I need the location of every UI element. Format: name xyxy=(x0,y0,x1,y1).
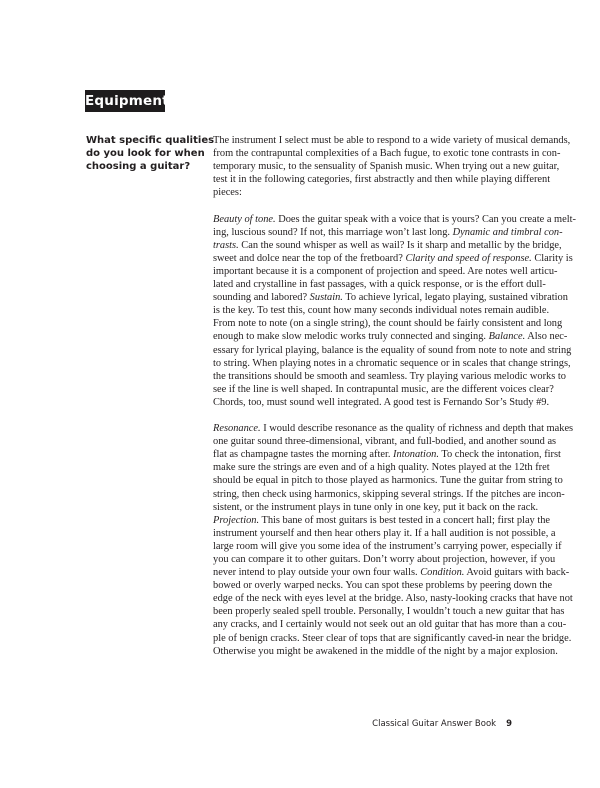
text-run: been properly sealed spell trouble. Pers… xyxy=(213,606,564,617)
answer-body: The instrument I select must be able to … xyxy=(213,134,519,671)
italic-term: Dynamic and timbral con- xyxy=(453,227,563,238)
italic-term: Projection. xyxy=(213,515,259,526)
text-line: any cracks, and I certainly would not se… xyxy=(213,618,519,631)
text-run: is the key. To test this, count how many… xyxy=(213,305,549,316)
italic-term: Resonance. xyxy=(213,423,261,434)
text-line: from the contrapuntal complexities of a … xyxy=(213,147,519,160)
text-line: large room will give you some idea of th… xyxy=(213,540,519,553)
text-run: flat as champagne tastes the morning aft… xyxy=(213,449,393,460)
italic-term: Clarity and speed of response. xyxy=(405,253,531,264)
text-line: important because it is a component of p… xyxy=(213,265,519,278)
text-run: ing, luscious sound? If not, this marria… xyxy=(213,227,453,238)
text-line: is the key. To test this, count how many… xyxy=(213,304,519,317)
text-line: bowed or overly warped necks. You can sp… xyxy=(213,579,519,592)
text-run: the transitions should be smooth and sea… xyxy=(213,371,566,382)
text-line: ple of benign cracks. Steer clear of top… xyxy=(213,632,519,645)
italic-term: Beauty of tone. xyxy=(213,214,276,225)
text-line: one guitar sound three-dimensional, vibr… xyxy=(213,435,519,448)
text-run: string, then check using harmonics, skip… xyxy=(213,489,565,500)
text-line: lated and crystalline in fast passages, … xyxy=(213,278,519,291)
text-run: ple of benign cracks. Steer clear of top… xyxy=(213,633,571,644)
italic-term: Balance. xyxy=(489,331,526,342)
answer-paragraph: Beauty of tone. Does the guitar speak wi… xyxy=(213,213,519,409)
text-run: Can the sound whisper as well as wail? I… xyxy=(239,240,562,251)
text-run: large room will give you some idea of th… xyxy=(213,541,562,552)
text-line: sweet and dolce near the top of the fret… xyxy=(213,252,519,265)
text-run: instrument yourself and then hear others… xyxy=(213,528,556,539)
text-line: Otherwise you might be awakened in the m… xyxy=(213,645,519,658)
text-line: make sure the strings are even and of a … xyxy=(213,461,519,474)
text-run: see if the line is well shaped. In contr… xyxy=(213,384,554,395)
text-line: been properly sealed spell trouble. Pers… xyxy=(213,605,519,618)
text-run: lated and crystalline in fast passages, … xyxy=(213,279,546,290)
text-line: you can compare it to other guitars. Don… xyxy=(213,553,519,566)
text-run: Chords, too, must sound well integrated.… xyxy=(213,397,549,408)
text-line: should be equal in pitch to those played… xyxy=(213,474,519,487)
text-run: The instrument I select must be able to … xyxy=(213,135,570,146)
text-line: essary for lyrical playing, balance is t… xyxy=(213,344,519,357)
text-line: instrument yourself and then hear others… xyxy=(213,527,519,540)
text-run: Also nec- xyxy=(525,331,567,342)
text-line: edge of the neck with eyes level at the … xyxy=(213,592,519,605)
text-line: to string. When playing notes in a chrom… xyxy=(213,357,519,370)
text-run: you can compare it to other guitars. Don… xyxy=(213,554,555,565)
text-run: edge of the neck with eyes level at the … xyxy=(213,593,573,604)
answer-paragraph: Resonance. I would describe resonance as… xyxy=(213,422,519,658)
text-run: Otherwise you might be awakened in the m… xyxy=(213,646,558,657)
text-line: pieces: xyxy=(213,186,519,199)
text-run: any cracks, and I certainly would not se… xyxy=(213,619,566,630)
italic-term: Intonation. xyxy=(393,449,439,460)
italic-term: Sustain. xyxy=(310,292,343,303)
text-run: temporary music, to the sensuality of Sp… xyxy=(213,161,559,172)
text-line: sistent, or the instrument plays in tune… xyxy=(213,501,519,514)
text-line: never intend to play outside your own fo… xyxy=(213,566,519,579)
text-run: important because it is a component of p… xyxy=(213,266,558,277)
text-run: pieces: xyxy=(213,187,242,198)
question-line: What specific qualities xyxy=(86,134,206,147)
text-line: enough to make slow melodic works truly … xyxy=(213,330,519,343)
page-footer: Classical Guitar Answer Book9 xyxy=(372,719,512,729)
text-run: should be equal in pitch to those played… xyxy=(213,475,563,486)
text-run: never intend to play outside your own fo… xyxy=(213,567,420,578)
text-line: the transitions should be smooth and sea… xyxy=(213,370,519,383)
text-run: make sure the strings are even and of a … xyxy=(213,462,550,473)
text-line: Chords, too, must sound well integrated.… xyxy=(213,396,519,409)
question-line: choosing a guitar? xyxy=(86,160,206,173)
text-line: string, then check using harmonics, skip… xyxy=(213,488,519,501)
text-run: Avoid guitars with back- xyxy=(464,567,569,578)
italic-term: Condition. xyxy=(420,567,464,578)
text-run: bowed or overly warped necks. You can sp… xyxy=(213,580,552,591)
text-line: ing, luscious sound? If not, this marria… xyxy=(213,226,519,239)
text-run: To check the intonation, first xyxy=(439,449,561,460)
text-run: enough to make slow melodic works truly … xyxy=(213,331,489,342)
text-line: Projection. This bane of most guitars is… xyxy=(213,514,519,527)
text-run: Does the guitar speak with a voice that … xyxy=(276,214,576,225)
text-run: sweet and dolce near the top of the fret… xyxy=(213,253,405,264)
text-run: to string. When playing notes in a chrom… xyxy=(213,358,571,369)
text-line: see if the line is well shaped. In contr… xyxy=(213,383,519,396)
text-run: This bane of most guitars is best tested… xyxy=(259,515,550,526)
text-run: I would describe resonance as the qualit… xyxy=(261,423,574,434)
question-line: do you look for when xyxy=(86,147,206,160)
text-run: From note to note (on a single string), … xyxy=(213,318,562,329)
text-line: sounding and labored? Sustain. To achiev… xyxy=(213,291,519,304)
text-line: test it in the following categories, fir… xyxy=(213,173,519,186)
text-line: temporary music, to the sensuality of Sp… xyxy=(213,160,519,173)
text-run: sounding and labored? xyxy=(213,292,310,303)
text-run: test it in the following categories, fir… xyxy=(213,174,550,185)
page-number: 9 xyxy=(506,719,512,729)
text-line: Resonance. I would describe resonance as… xyxy=(213,422,519,435)
text-run: sistent, or the instrument plays in tune… xyxy=(213,502,538,513)
text-line: flat as champagne tastes the morning aft… xyxy=(213,448,519,461)
text-line: The instrument I select must be able to … xyxy=(213,134,519,147)
text-run: from the contrapuntal complexities of a … xyxy=(213,148,560,159)
question-block: What specific qualities do you look for … xyxy=(86,134,206,173)
italic-term: trasts. xyxy=(213,240,239,251)
text-line: Beauty of tone. Does the guitar speak wi… xyxy=(213,213,519,226)
text-run: To achieve lyrical, legato playing, sust… xyxy=(343,292,568,303)
text-line: From note to note (on a single string), … xyxy=(213,317,519,330)
text-run: Clarity is xyxy=(532,253,573,264)
running-footer-title: Classical Guitar Answer Book xyxy=(372,719,496,729)
answer-paragraph: The instrument I select must be able to … xyxy=(213,134,519,199)
text-run: essary for lyrical playing, balance is t… xyxy=(213,345,571,356)
text-line: trasts. Can the sound whisper as well as… xyxy=(213,239,519,252)
section-heading: Equipment xyxy=(85,90,165,112)
text-run: one guitar sound three-dimensional, vibr… xyxy=(213,436,556,447)
